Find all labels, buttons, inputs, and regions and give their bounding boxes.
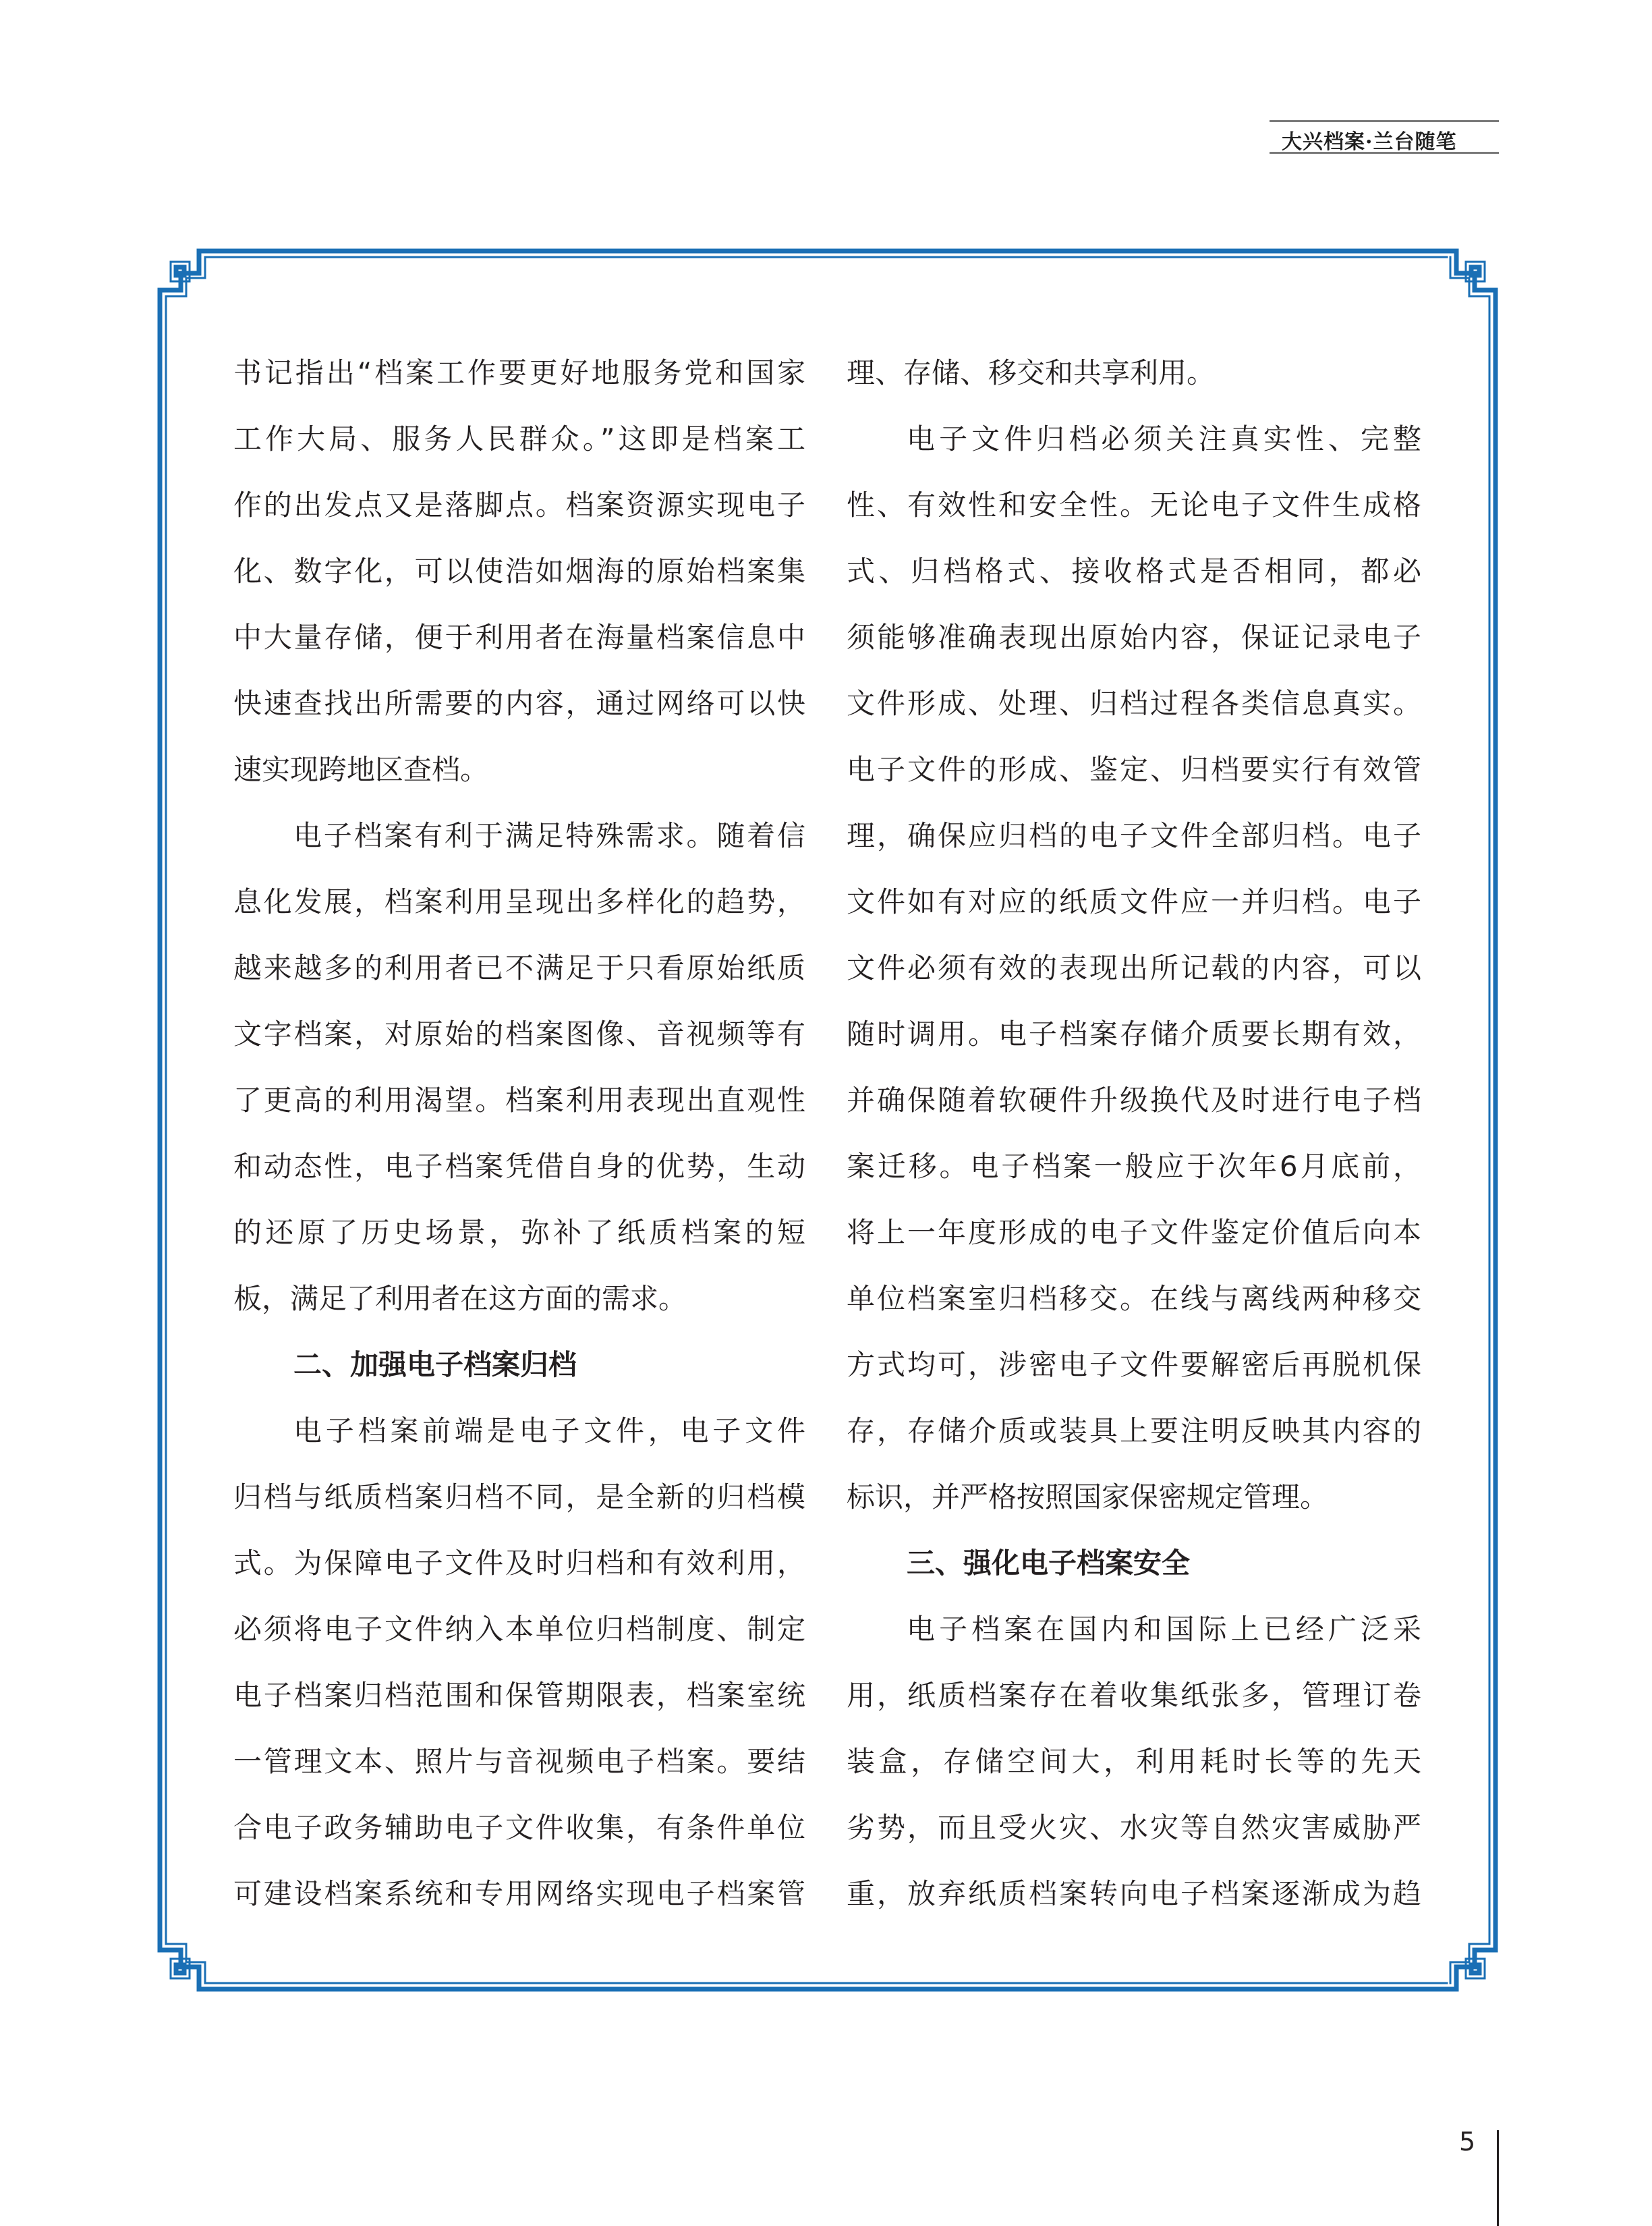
text-line: 将上一年度形成的电子文件鉴定价值后向本 — [847, 1216, 1421, 1250]
text-line: 电子档案归档范围和保管期限表，档案室统 — [233, 1679, 805, 1713]
text-line: 标识，并严格按照国家保密规定管理。 — [847, 1480, 1328, 1514]
text-line: 文件形成、处理、归档过程各类信息真实。 — [847, 687, 1421, 721]
text-line: 电子文件归档必须关注真实性、完整 — [847, 422, 1421, 456]
text-line: 式。为保障电子文件及时归档和有效利用， — [233, 1547, 805, 1580]
text-line: 书记指出“档案工作要更好地服务党和国家 — [233, 356, 805, 390]
text-line: 合电子政务辅助电子文件收集，有条件单位 — [233, 1811, 805, 1845]
text-line: 重，放弃纸质档案转向电子档案逐渐成为趋 — [847, 1877, 1421, 1911]
text-line: 存，存储介质或装具上要注明反映其内容的 — [847, 1414, 1421, 1448]
corner-ornament-bottom-left — [160, 1944, 205, 1989]
text-line: 文件必须有效的表现出所记载的内容，可以 — [847, 951, 1421, 985]
running-head: 大兴档案·兰台随笔 — [1270, 120, 1499, 154]
text-line: 劣势，而且受火灾、水灾等自然灾害威胁严 — [847, 1811, 1421, 1845]
text-line: 单位档案室归档移交。在线与离线两种移交 — [847, 1282, 1421, 1316]
text-line: 文件如有对应的纸质文件应一并归档。电子 — [847, 885, 1421, 919]
corner-ornament-top-left — [160, 251, 205, 296]
text-line: 并确保随着软硬件升级换代及时进行电子档 — [847, 1084, 1421, 1117]
text-line: 电子档案前端是电子文件，电子文件 — [233, 1414, 805, 1448]
text-line: 理，确保应归档的电子文件全部归档。电子 — [847, 819, 1421, 853]
text-line: 性、有效性和安全性。无论电子文件生成格 — [847, 489, 1421, 522]
page-number: 5 — [1459, 2127, 1475, 2157]
text-line: 电子文件的形成、鉴定、归档要实行有效管 — [847, 753, 1421, 787]
text-line: 的还原了历史场景，弥补了纸质档案的短 — [233, 1216, 805, 1250]
section-heading: 三、强化电子档案安全 — [847, 1547, 1190, 1580]
text-line: 工作大局、服务人民群众。”这即是档案工 — [233, 422, 805, 456]
text-line: 电子档案在国内和国际上已经广泛采 — [847, 1613, 1421, 1646]
running-head-title: 大兴档案·兰台随笔 — [1282, 125, 1456, 155]
text-line: 随时调用。电子档案存储介质要长期有效， — [847, 1018, 1421, 1051]
text-line: 作的出发点又是落脚点。档案资源实现电子 — [233, 489, 805, 522]
text-line: 电子档案有利于满足特殊需求。随着信 — [233, 819, 805, 853]
text-line: 化、数字化，可以使浩如烟海的原始档案集 — [233, 555, 805, 588]
text-line: 归档与纸质档案归档不同，是全新的归档模 — [233, 1480, 805, 1514]
text-line: 方式均可，涉密电子文件要解密后再脱机保 — [847, 1348, 1421, 1382]
text-line: 一管理文本、照片与音视频电子档案。要结 — [233, 1745, 805, 1779]
corner-ornament-bottom-right — [1450, 1944, 1496, 1989]
text-line: 用，纸质档案存在着收集纸张多，管理订卷 — [847, 1679, 1421, 1713]
text-line: 速实现跨地区查档。 — [233, 753, 488, 787]
text-line: 式、归档格式、接收格式是否相同，都必 — [847, 555, 1421, 588]
text-line: 可建设档案系统和专用网络实现电子档案管 — [233, 1877, 805, 1911]
text-line: 案迁移。电子档案一般应于次年6月底前， — [847, 1150, 1421, 1184]
text-line: 息化发展，档案利用呈现出多样化的趋势， — [233, 885, 805, 919]
section-heading: 二、加强电子档案归档 — [233, 1348, 577, 1382]
text-line: 越来越多的利用者已不满足于只看原始纸质 — [233, 951, 805, 985]
text-line: 快速查找出所需要的内容，通过网络可以快 — [233, 687, 805, 721]
text-line: 中大量存储，便于利用者在海量档案信息中 — [233, 621, 805, 655]
text-line: 板，满足了利用者在这方面的需求。 — [233, 1282, 687, 1316]
text-line: 理、存储、移交和共享利用。 — [847, 356, 1215, 390]
text-line: 文字档案，对原始的档案图像、音视频等有 — [233, 1018, 805, 1051]
corner-ornament-top-right — [1450, 251, 1496, 296]
page-number-rule — [1497, 2130, 1499, 2226]
text-line: 和动态性，电子档案凭借自身的优势，生动 — [233, 1150, 805, 1184]
text-line: 了更高的利用渴望。档案利用表现出直观性 — [233, 1084, 805, 1117]
text-line: 须能够准确表现出原始内容，保证记录电子 — [847, 621, 1421, 655]
text-line: 装盒，存储空间大，利用耗时长等的先天 — [847, 1745, 1421, 1779]
text-line: 必须将电子文件纳入本单位归档制度、制定 — [233, 1613, 805, 1646]
